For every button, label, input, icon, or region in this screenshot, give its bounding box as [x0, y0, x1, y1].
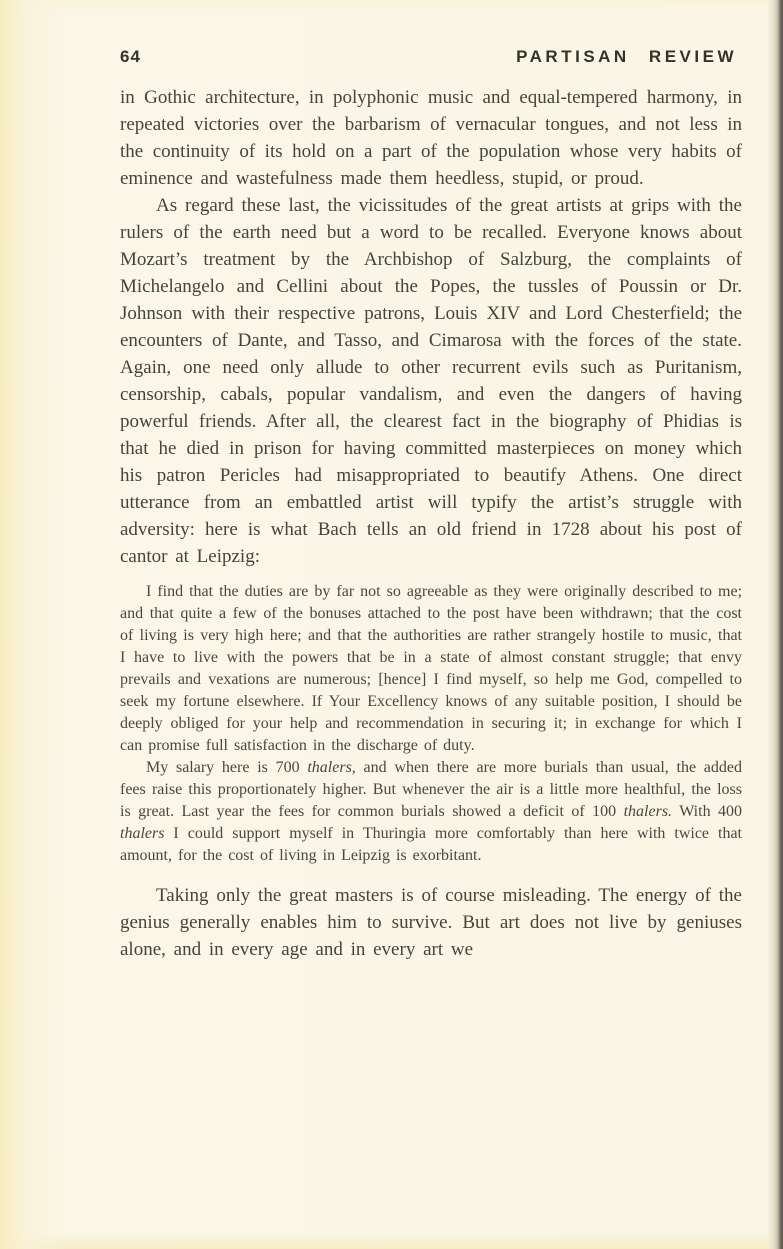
book-edge-shadow: [767, 0, 783, 1249]
page-number: 64: [120, 47, 141, 67]
thalers-italic: thalers: [120, 825, 164, 842]
bach-letter-quote: I find that the duties are by far not so…: [120, 581, 742, 867]
journal-title: PARTISAN REVIEW: [516, 47, 737, 67]
thalers-italic: thalers.: [624, 803, 672, 820]
article-text: in Gothic architecture, in polyphonic mu…: [120, 84, 742, 963]
quote-text: I find that the duties are by far not so…: [120, 583, 742, 754]
quote-paragraph-1: I find that the duties are by far not so…: [120, 581, 742, 757]
paragraph-artists-vicissitudes: As regard these last, the vicissitudes o…: [120, 192, 742, 570]
thalers-italic: thalers,: [307, 759, 355, 776]
paragraph-continuation: in Gothic architecture, in polyphonic mu…: [120, 84, 742, 192]
paragraph-closing: Taking only the great masters is of cour…: [120, 882, 742, 963]
quote-text-segment: With 400: [672, 803, 742, 820]
quote-text-segment: I could support myself in Thuringia more…: [120, 825, 742, 864]
scanned-book-page: 64 PARTISAN REVIEW in Gothic architectur…: [0, 0, 783, 1249]
quote-paragraph-2: My salary here is 700 thalers, and when …: [120, 757, 742, 867]
quote-text-segment: My salary here is 700: [146, 759, 307, 776]
running-head: 64 PARTISAN REVIEW: [120, 47, 737, 67]
